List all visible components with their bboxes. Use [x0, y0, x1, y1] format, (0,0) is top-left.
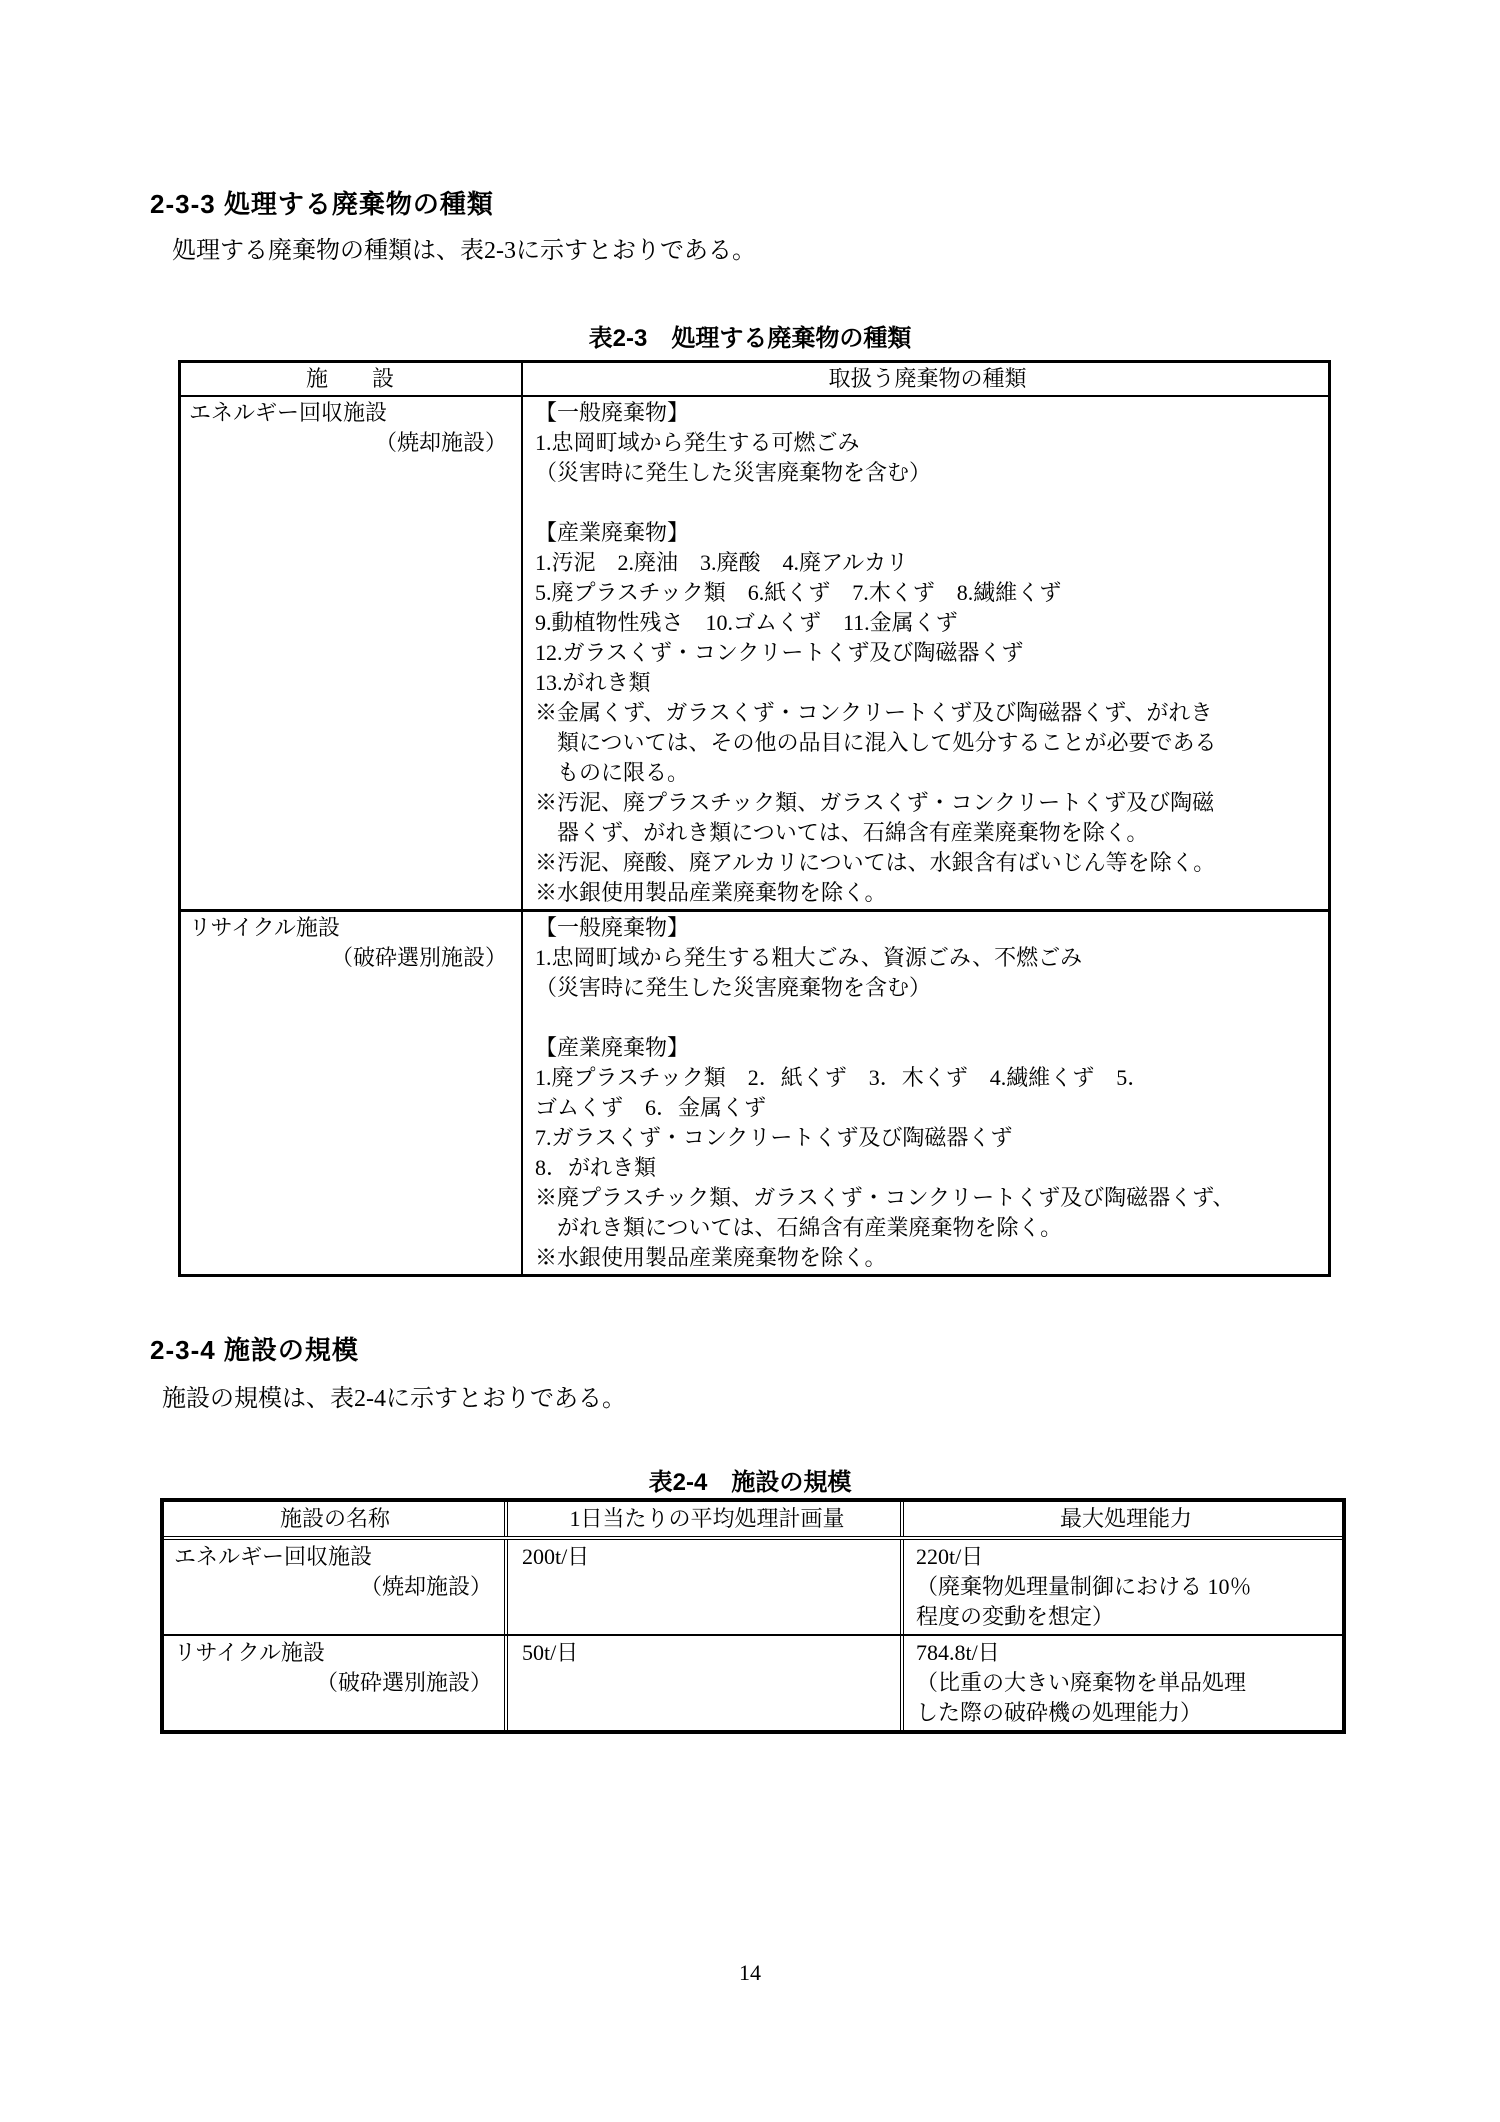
- text-line: ※水銀使用製品産業廃棄物を除く。: [535, 878, 1320, 908]
- text-line: した際の破砕機の処理能力）: [916, 1698, 1336, 1728]
- table-2-3-waste-types: 施 設 取扱う廃棄物の種類 エネルギー回収施設 （焼却施設） 【一般廃棄物】1.…: [178, 360, 1331, 1277]
- facility-subname: （焼却施設）: [174, 1572, 496, 1602]
- text-line: （廃棄物処理量制御における 10％: [916, 1572, 1336, 1602]
- text-line: 7.ガラスくず・コンクリートくず及び陶磁器くず: [535, 1123, 1320, 1153]
- text-line: （比重の大きい廃棄物を単品処理: [916, 1668, 1336, 1698]
- table-2-4-row-recycle: リサイクル施設 （破砕選別施設） 50t/日 784.8t/日（比重の大きい廃棄…: [164, 1634, 1342, 1730]
- text-line: ※水銀使用製品産業廃棄物を除く。: [535, 1243, 1320, 1273]
- facility-name: エネルギー回収施設: [174, 1542, 496, 1572]
- facility-name: エネルギー回収施設: [189, 398, 511, 428]
- facility-name: リサイクル施設: [174, 1638, 496, 1668]
- text-line: ものに限る。: [535, 758, 1320, 788]
- text-line: 5.廃プラスチック類 6.紙くず 7.木くず 8.繊維くず: [535, 578, 1320, 608]
- table-2-4-header-row: 施設の名称 1日当たりの平均処理計画量 最大処理能力: [164, 1502, 1342, 1540]
- text-line: 784.8t/日: [916, 1638, 1336, 1668]
- text-line: ※廃プラスチック類、ガラスくず・コンクリートくず及び陶磁器くず、: [535, 1183, 1320, 1213]
- text-line: 【産業廃棄物】: [535, 1033, 1320, 1063]
- facility-name-cell: エネルギー回収施設 （焼却施設）: [181, 397, 523, 909]
- table-2-4-header-facility-name: 施設の名称: [164, 1502, 508, 1536]
- facility-name-cell: リサイクル施設 （破砕選別施設）: [164, 1636, 508, 1730]
- text-line: 程度の変動を想定）: [916, 1602, 1336, 1632]
- waste-types-cell: 【一般廃棄物】1.忠岡町域から発生する粗大ごみ、資源ごみ、不燃ごみ（災害時に発生…: [523, 912, 1328, 1274]
- text-line: 器くず、がれき類については、石綿含有産業廃棄物を除く。: [535, 818, 1320, 848]
- table-2-3-row-energy-recovery: エネルギー回収施設 （焼却施設） 【一般廃棄物】1.忠岡町域から発生する可燃ごみ…: [181, 395, 1328, 909]
- document-page: 2-3-3 処理する廃棄物の種類 処理する廃棄物の種類は、表2-3に示すとおりで…: [0, 0, 1500, 2122]
- facility-name-cell: リサイクル施設 （破砕選別施設）: [181, 912, 523, 1274]
- text-line: 12.ガラスくず・コンクリートくず及び陶磁器くず: [535, 638, 1320, 668]
- text-line: （災害時に発生した災害廃棄物を含む）: [535, 973, 1320, 1003]
- table-2-4-row-energy-recovery: エネルギー回収施設 （焼却施設） 200t/日 220t/日（廃棄物処理量制御に…: [164, 1540, 1342, 1634]
- section-heading-2-3-4: 2-3-4 施設の規模: [150, 1330, 359, 1367]
- text-line: ※汚泥、廃プラスチック類、ガラスくず・コンクリートくず及び陶磁: [535, 788, 1320, 818]
- text-line: 【一般廃棄物】: [535, 398, 1320, 428]
- text-line: ※金属くず、ガラスくず・コンクリートくず及び陶磁器くず、がれき: [535, 698, 1320, 728]
- text-line: ゴムくず 6．金属くず: [535, 1093, 1320, 1123]
- max-capacity-cell: 220t/日（廃棄物処理量制御における 10％程度の変動を想定）: [904, 1540, 1342, 1634]
- text-line: がれき類については、石綿含有産業廃棄物を除く。: [535, 1213, 1320, 1243]
- section-heading-2-3-3: 2-3-3 処理する廃棄物の種類: [150, 184, 494, 221]
- text-line: 8．がれき類: [535, 1153, 1320, 1183]
- max-capacity-cell: 784.8t/日（比重の大きい廃棄物を単品処理した際の破砕機の処理能力）: [904, 1636, 1342, 1730]
- facility-name: リサイクル施設: [189, 913, 511, 943]
- average-amount-cell: 50t/日: [508, 1636, 904, 1730]
- text-line: ※汚泥、廃酸、廃アルカリについては、水銀含有ばいじん等を除く。: [535, 848, 1320, 878]
- text-line: 1.汚泥 2.廃油 3.廃酸 4.廃アルカリ: [535, 548, 1320, 578]
- facility-name-cell: エネルギー回収施設 （焼却施設）: [164, 1540, 508, 1634]
- table-2-3-header-facility: 施 設: [181, 363, 523, 395]
- page-number: 14: [0, 1960, 1500, 1986]
- table-2-4-facility-scale: 施設の名称 1日当たりの平均処理計画量 最大処理能力 エネルギー回収施設 （焼却…: [160, 1498, 1346, 1734]
- waste-types-cell: 【一般廃棄物】1.忠岡町域から発生する可燃ごみ（災害時に発生した災害廃棄物を含む…: [523, 397, 1328, 909]
- text-line: （災害時に発生した災害廃棄物を含む）: [535, 458, 1320, 488]
- section-paragraph-2-3-4: 施設の規模は、表2-4に示すとおりである。: [162, 1378, 626, 1413]
- table-2-3-header-waste-types: 取扱う廃棄物の種類: [523, 363, 1328, 395]
- text-line: 220t/日: [916, 1542, 1336, 1572]
- text-line: 9.動植物性残さ 10.ゴムくず 11.金属くず: [535, 608, 1320, 638]
- section-paragraph-2-3-3: 処理する廃棄物の種類は、表2-3に示すとおりである。: [172, 230, 756, 265]
- text-line: 13.がれき類: [535, 668, 1320, 698]
- average-amount-cell: 200t/日: [508, 1540, 904, 1634]
- text-line: 類については、その他の品目に混入して処分することが必要である: [535, 728, 1320, 758]
- facility-subname: （破砕選別施設）: [189, 943, 511, 973]
- facility-subname: （破砕選別施設）: [174, 1668, 496, 1698]
- table-2-3-row-recycle: リサイクル施設 （破砕選別施設） 【一般廃棄物】1.忠岡町域から発生する粗大ごみ…: [181, 909, 1328, 1274]
- average-amount: 50t/日: [522, 1638, 892, 1668]
- table-2-3-caption: 表2-3 処理する廃棄物の種類: [0, 318, 1500, 353]
- table-2-4-header-max-capacity: 最大処理能力: [904, 1502, 1342, 1536]
- facility-subname: （焼却施設）: [189, 428, 511, 458]
- table-2-3-header-row: 施 設 取扱う廃棄物の種類: [181, 363, 1328, 395]
- text-line: [535, 1003, 1320, 1033]
- text-line: 1.廃プラスチック類 2．紙くず 3．木くず 4.繊維くず 5．: [535, 1063, 1320, 1093]
- text-line: 1.忠岡町域から発生する可燃ごみ: [535, 428, 1320, 458]
- table-2-4-caption: 表2-4 施設の規模: [0, 1462, 1500, 1497]
- average-amount: 200t/日: [522, 1542, 892, 1572]
- text-line: 【産業廃棄物】: [535, 518, 1320, 548]
- text-line: [535, 488, 1320, 518]
- text-line: 【一般廃棄物】: [535, 913, 1320, 943]
- text-line: 1.忠岡町域から発生する粗大ごみ、資源ごみ、不燃ごみ: [535, 943, 1320, 973]
- table-2-4-header-average-amount: 1日当たりの平均処理計画量: [508, 1502, 904, 1536]
